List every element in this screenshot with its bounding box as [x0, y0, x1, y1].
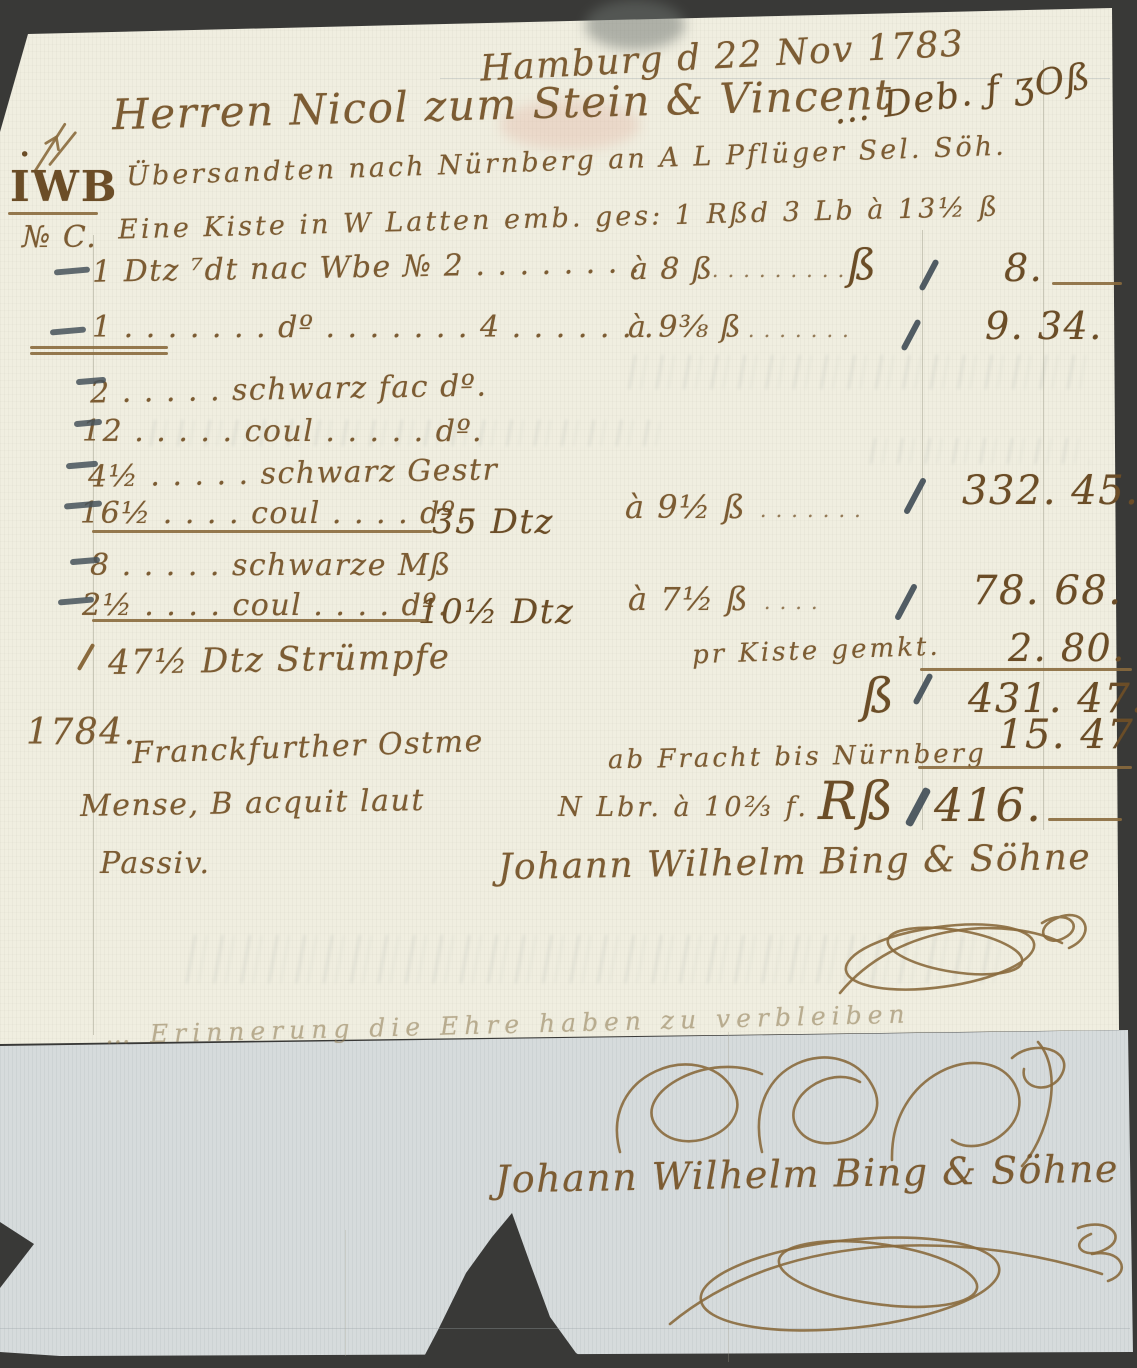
row6-qty: 16½ . . . . coul . . . . dº.: [80, 496, 468, 531]
freight-underline: [918, 766, 1132, 769]
row2-underline-b: [30, 352, 168, 355]
net-label: N Lbr. à 10⅔ f.: [558, 792, 809, 823]
row1-amount-dash: [1052, 282, 1122, 285]
row5-qty: 4½ . . . . . schwarz Gestr: [88, 452, 499, 494]
row9-qty: 47½ Dtz Strümpfe: [108, 637, 451, 683]
row6-underline: [92, 530, 432, 533]
bleedthrough-text: [620, 355, 1090, 389]
row9-amount: 2. 80.: [1008, 626, 1126, 670]
net-amount-dash: [1048, 818, 1122, 821]
row6-subtotal: 35 Dtz: [432, 502, 554, 542]
signature-flourish: [810, 895, 1090, 1005]
firm-initials: IWB: [10, 162, 118, 211]
annotation-line3: Passiv.: [100, 846, 211, 881]
row8-subtotal: 10½ Dtz: [418, 592, 574, 632]
row4-qty: 12 . . . . . coul . . . . . dº.: [82, 414, 483, 449]
signature-flourish-lower: [650, 1212, 1120, 1342]
row6-rate: à 9½ ß: [625, 488, 746, 526]
row2-amount: 9. 34.: [985, 304, 1103, 348]
net-currency: Rß: [818, 772, 895, 832]
annotation-year: 1784.: [26, 712, 137, 753]
row2-rate: à 9⅜ ß: [628, 310, 742, 345]
row8-rate: à 7½ ß: [628, 580, 749, 618]
row1-leader: . . . . . . . . .: [712, 258, 846, 282]
row6-amount: 332. 45.: [962, 468, 1137, 514]
row3-qty: 2 . . . . . schwarz fac dº.: [90, 369, 488, 411]
row8-amount: 78. 68.: [972, 568, 1122, 614]
row1-amount: 8.: [1004, 246, 1043, 290]
row8-underline: [92, 619, 427, 622]
row1-currency: ß: [848, 240, 878, 289]
freight-amount: 15. 47.: [998, 712, 1137, 758]
case-number: № C.: [22, 220, 97, 255]
annotation-line2: Mense, B acquit laut: [80, 783, 425, 824]
row1-rate: à 8 ß: [630, 252, 714, 287]
margin-rule: [93, 235, 94, 1035]
total-currency: ß: [862, 668, 896, 724]
row2-qty: 1 . . . . . . . dº . . . . . . . 4 . . .…: [92, 310, 655, 345]
fold-crease-lower2: [345, 1230, 346, 1356]
scanned-letter: IWB № C. Hamburg d 22 Nov 1783 Herren Ni…: [0, 0, 1137, 1368]
bleedthrough-text: [860, 438, 1090, 464]
initials-underline: [8, 212, 98, 215]
row8-leader: . . . .: [764, 590, 819, 614]
row8-qty: 2½ . . . . coul . . . . dº.: [82, 588, 449, 623]
row6-leader: . . . . . . .: [760, 498, 862, 522]
row7-qty: 8 . . . . . schwarze Mß: [90, 548, 452, 583]
row9-underline: [920, 668, 1132, 671]
row2-underline-a: [30, 346, 168, 349]
row2-leader: . . . . . . .: [748, 318, 850, 342]
net-amount: 416.: [934, 778, 1042, 832]
